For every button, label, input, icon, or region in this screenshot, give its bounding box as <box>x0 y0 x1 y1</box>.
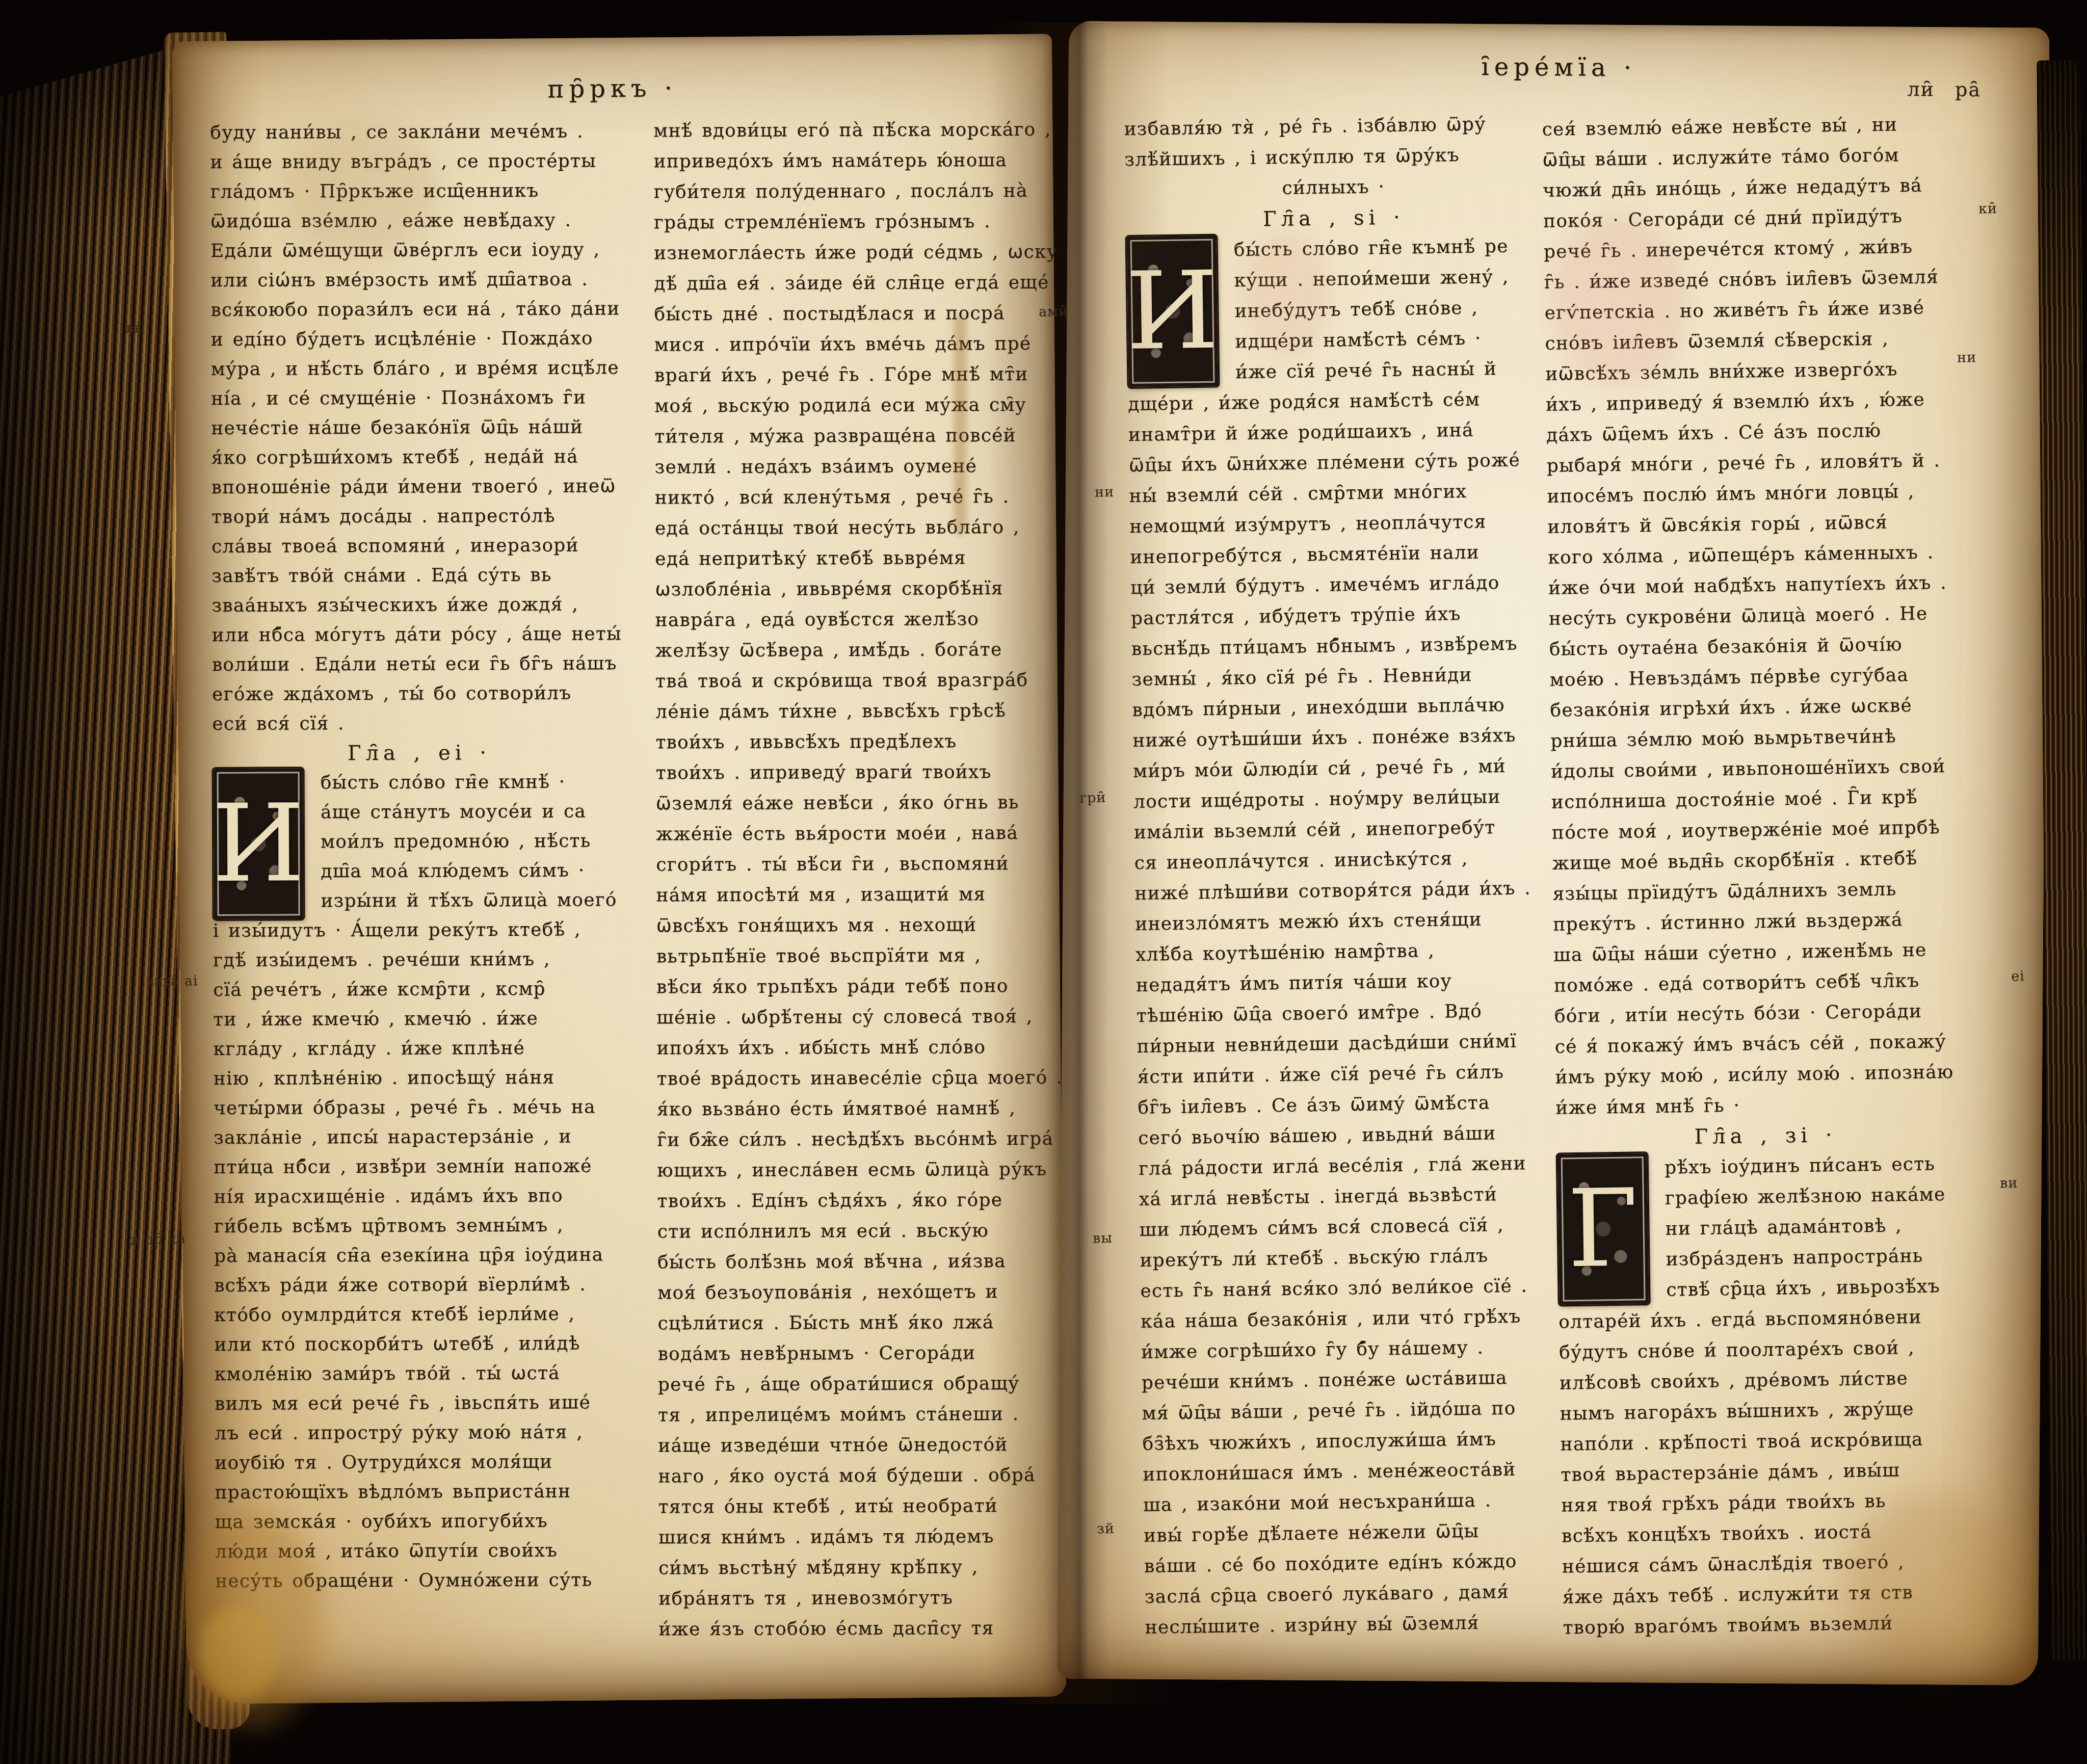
body-line: ти , и́же кмечю́ , кмечю́ . и́же <box>213 1004 627 1035</box>
body-line: мися . ипро́чїи и́хъ вме́чь да́мъ пре́ <box>654 329 1062 361</box>
left-page: пр̑ркъ · буду нани́вы , се закла́ни мече… <box>172 34 1066 1704</box>
body-line: ѿвсѣ́хъ гоня́щихъ мя . нехощи́ <box>656 910 1064 942</box>
running-title-right: і̑ере́мїа · <box>1069 49 2049 85</box>
body-line: олтаре́й и́хъ . егда́ вьспомяно́вени <box>1558 1301 1978 1337</box>
body-line: лю́ди моя́ , ита́ко ѿпуті́и свои́хъ <box>215 1536 629 1567</box>
body-line: губи́теля полу́деннаго , посла́лъ на̀ <box>654 176 1062 208</box>
body-line: инепогребу́тся , вьсмяте́нїи нали <box>1130 537 1547 573</box>
body-line: вѣ́си я́ко трьпѣ́хъ ра́ди тебѣ́ поно <box>656 971 1064 1003</box>
folio-number: ли̑ ра̑ <box>1907 78 1981 101</box>
body-line: ющихъ , инесла́вен есмь ѿлица̀ ру́къ <box>657 1154 1065 1187</box>
body-line: никто́ , вси́ клену́тьмя , рече́ г̑ь . <box>655 482 1063 514</box>
photo-background: пр̑ркъ · буду нани́вы , се закла́ни мече… <box>0 0 2087 1764</box>
body-line: засла́ ср̑ца своего́ лука́ваго , дамя́ <box>1144 1576 1562 1612</box>
body-line: и́же сїя́ рече́ г̑ь насны́ й <box>1235 353 1545 388</box>
body-line: ипоя́хъ и́хъ . ибы́сть мнѣ́ сло́во <box>656 1032 1064 1064</box>
body-line: Еда́ли ѿме́щущи ѿве́рглъ еси іоуду , <box>210 235 624 266</box>
body-line: зваа́ныхъ язы́ческихъ и́же дождя́ , <box>212 590 625 621</box>
body-line: я́ко вьзва́но е́сть и́мятвое́ намнѣ́ , <box>657 1093 1065 1125</box>
body-line: иа́ще изведе́ши чтно́е ѿнедосто́й <box>658 1430 1066 1462</box>
body-line: мя́ ѿц̑ы ва́ши , рече́ г̑ь . ійдо́ша по <box>1142 1392 1559 1429</box>
body-line: закла́ніе , ипсы́ нарастерза́ніе , и <box>214 1122 627 1153</box>
drop-cap-initial: И <box>214 768 304 919</box>
body-line: впоноше́ніе ра́ди и́мени твоего́ , инеѿ <box>212 471 625 503</box>
body-line: графі́ею желѣ́зною нака́ме <box>1665 1179 1976 1214</box>
drop-cap-initial: Г <box>1557 1153 1649 1305</box>
body-line: ниже́ плѣши́ви сотворя́тся ра́ди и́хъ . <box>1134 873 1552 909</box>
body-line: сти испо́лнилъ мя еси́ . вьску́ю <box>657 1216 1065 1248</box>
body-line: си́мъ вьстѣну́ мѣ́дяну крѣ́пку , <box>658 1552 1066 1584</box>
body-line: бы́сть сло́во гн̑е къмнѣ́ ре <box>1233 231 1543 266</box>
body-line: ка́а на́ша безако́нія , или что́ грѣ́хъ <box>1141 1301 1558 1337</box>
body-line: пи́рныи невни́деши дасѣди́ши сни́мї <box>1137 1025 1554 1062</box>
body-line: сего́ вьочі́ю ва́шею , ивьдни́ ва́ши <box>1138 1117 1555 1153</box>
chapter-heading: Гл̑а , еі · <box>212 738 626 769</box>
body-line: рѣ́хъ іоу́динъ пи́санъ есть <box>1665 1148 1976 1183</box>
body-line: злѣ́йшихъ , і иску́плю тя ѿру́къ <box>1124 139 1542 175</box>
body-line: немощми́ изу́мрутъ , неопла́чутся <box>1129 506 1547 542</box>
body-line: я́ко согрѣши́хомъ ктебѣ́ , неда́й на́ <box>211 442 625 473</box>
body-line: его́же жда́хомъ , ты́ бо сотвори́лъ <box>212 678 626 709</box>
body-line: вьтрьпѣ́нїе твое́ вьспрїя́ти мя , <box>656 940 1064 972</box>
body-line: избра́зденъ напростра́нь <box>1666 1240 1977 1275</box>
body-line: мои́лъ предомно́ю , нѣ́сть <box>321 826 626 857</box>
body-line: наго , я́ко оуста́ моя́ бу́деши . обра́ <box>658 1460 1066 1492</box>
body-line: ибра́нятъ тя , иневозмо́гутъ <box>658 1583 1066 1615</box>
body-line: прастою́щїхъ вѣдло́мъ вьприста́нн <box>215 1477 628 1508</box>
body-line: еси́ вся́ сїя́ . <box>212 708 626 739</box>
body-line: на́мя ипосѣти́ мя , изащити́ мя <box>656 879 1064 911</box>
body-line: дѣ́ дш̑а ея́ . за́иде е́й слн̑це егда́ е… <box>654 268 1062 300</box>
body-line: рече́ши кни́мъ . поне́же ѡста́виша <box>1141 1362 1558 1398</box>
body-line: твои́хъ , ивьвсѣ́хъ предѣ́лехъ <box>655 726 1063 758</box>
body-line: ствѣ́ ср̑ца и́хъ , ивьрозѣ́хъ <box>1666 1271 1977 1306</box>
body-line: ѡзлобле́ніа , ивьвре́мя скорбѣ́нїя <box>655 573 1063 605</box>
text-column-left-2: мнѣ́ вдови́цы его́ па̀ пѣ́ска морска́го … <box>653 115 1066 1645</box>
body-line: нію , кплѣне́нію . ипосѣщу́ на́ня <box>214 1063 627 1094</box>
body-line: враги́ и́хъ , рече́ г̑ь . Го́ре мнѣ́ мт̑… <box>654 359 1062 391</box>
body-line: шися кни́мъ . ида́мъ тя лю́демъ <box>658 1521 1066 1554</box>
body-line: желѣ́зу ѿсѣ́вера , имѣ́дь . бога́те <box>655 635 1063 667</box>
body-line: ра̀ манасі́я сн̑а езекі́ина цр̑я іоу́дин… <box>214 1240 628 1271</box>
body-line: ци́ земли́ бу́дутъ . имече́мъ игла́до <box>1130 567 1548 603</box>
initial-letter: И <box>214 768 304 919</box>
body-line: ле́ніе да́мъ ти́хне , вьвсѣ́хъ грѣсѣ́ <box>655 696 1063 728</box>
body-line: кгла́ду , кгла́ду . и́же кплѣне́ <box>213 1033 627 1064</box>
body-line: ниже́ оутѣши́ши и́хъ . поне́же взя́хъ <box>1132 720 1550 756</box>
initial-letter: Г <box>1557 1153 1649 1305</box>
body-line: навра́га , еда́ оувѣ́стся желѣ́зо <box>655 604 1063 636</box>
body-line: вся́коюбо порази́лъ еси на́ , та́ко да́н… <box>210 294 624 325</box>
body-line: моя́ , вьску́ю родила́ еси му́жа см̑у <box>654 390 1062 422</box>
body-line: а́ще ста́нутъ моусе́и и са <box>321 797 626 827</box>
body-line: еда́ непритѣку́ ктебѣ́ вьвре́мя <box>655 543 1063 575</box>
body-line: жже́нїе е́сть вья́рости мое́и , нава́ <box>656 818 1064 850</box>
body-line: дш̑а моа́ клю́демъ си́мъ · <box>321 856 626 886</box>
body-line: дще́ри , и́же родя́ся намѣ́стѣ се́м <box>1128 384 1545 420</box>
body-line: и еді́но бу́детъ исцѣле́ніе · Пожда́хо <box>211 324 625 355</box>
initial-letter: И <box>1126 235 1218 387</box>
body-line: ипосе́мъ послю́ и́мъ мно́ги ловцы́ , <box>1547 476 1966 512</box>
body-line: вода́мъ невѣ́рнымъ · Сегора́ди <box>657 1338 1065 1370</box>
body-line: всѣ́хъ ра́ди я́же сотвори́ вїерли́мѣ . <box>214 1270 628 1301</box>
body-line: гра́ды стремле́нїемъ гро́знымъ . <box>654 206 1062 239</box>
body-line: гла́домъ · Пр̑ркъже исщ̑енникъ <box>210 176 624 207</box>
body-line: ні́а , и се́ смуще́ніе · Позна́хомъ г̑и <box>211 383 625 414</box>
running-title-left: пр̑ркъ · <box>172 71 1052 107</box>
body-line: егѵ́петскіа . но живе́тъ г̑ь и́же изве́ <box>1544 292 1964 328</box>
body-line: вилъ мя еси́ рече́ г̑ь , івьспя́ть ише́ <box>215 1388 628 1419</box>
body-line: я́сти ипи́ти . и́же сїя́ рече́ г̑ь си́лъ <box>1137 1056 1554 1092</box>
right-page: і̑ере́мїа · ли̑ ра̑ избавля́ю тя̀ , ре́ … <box>1058 21 2050 1685</box>
body-line: пти́ца нб̑си , извѣ́ри земні́и напоже́ <box>214 1151 627 1182</box>
body-line: ши лю́демъ си́мъ вся́ словеса́ сїя́ , <box>1139 1209 1556 1245</box>
body-line: избавля́ю тя̀ , ре́ г̑ь . ізба́влю ѿру́ <box>1124 109 1541 145</box>
body-line: твои́хъ . иприведу́ враги́ твои́хъ <box>656 757 1064 789</box>
body-line: вьснѣ́дь пти́цамъ нб̑нымъ , извѣ́ремъ <box>1131 628 1548 665</box>
body-line: моя́ безъоупова́нія , нехо́щетъ и <box>657 1277 1065 1309</box>
body-line: еда́ оста́нцы твои́ несу́ть вьбла́го , <box>655 512 1063 544</box>
body-line: і изы́идутъ · А́щели реку́тъ ктебѣ́ , <box>213 915 627 946</box>
body-line: тятся о́ны ктебѣ́ , иты́ необрати́ <box>658 1491 1066 1523</box>
body-line: нече́стіе на́ше безако́нїя ѿц̑ь на́шй <box>211 412 625 443</box>
body-line: идще́ри намѣ́стѣ се́мъ · <box>1235 323 1544 357</box>
body-line: несу́ть сукрове́ни ѿлица̀ моего́ . Не <box>1549 598 1968 634</box>
body-line: ѿземля́ еа́же невѣ́си , я́ко о́гнь вь <box>656 787 1064 820</box>
body-line: бы́сть болѣ́знь моя́ вѣ́чна , ия́зва <box>657 1246 1065 1278</box>
body-line: есть г̑ь наня́ вся́ко зло́ вели́кое сїе́… <box>1140 1270 1557 1306</box>
body-line: г̑и бж̑е си́лъ . несѣдѣ́хъ вьсо́нмѣ игра… <box>657 1124 1065 1156</box>
body-line: ипоклони́шася и́мъ . мене́жеоста́вй <box>1143 1454 1560 1490</box>
body-line: напо́ли . крѣ́пості твоа́ искро́вища <box>1560 1424 1979 1460</box>
body-line: ні́я ирасхище́ніе . ида́мъ и́хъ впо <box>214 1181 627 1212</box>
body-line: изры́ни й тѣ́хъ ѿлица̀ моего́ <box>321 885 626 916</box>
body-line: ше́ніе . ѡбрѣ́тены су́ словеса́ твоя́ , <box>656 1002 1064 1034</box>
body-line: воли́ши . Еда́ли неты́ еси г̑ь бг̑ъ на́ш… <box>212 649 626 680</box>
body-line: или нб̑са мо́гутъ да́ти ро́су , а́ще нет… <box>212 619 626 650</box>
body-line: сїа́ рече́тъ , и́же ксмр̑ти , ксмр̑ <box>213 974 627 1005</box>
body-line: гдѣ́ изы́идемъ . рече́ши кни́мъ , <box>213 944 627 976</box>
body-line: му́ра , и нѣ́сть бла́го , и вре́мя исцѣ́… <box>211 353 625 384</box>
body-line: недадя́тъ и́мъ питі́я ча́ши коу <box>1136 964 1553 1001</box>
body-line: ѿидо́ша взе́млю , еа́же невѣ́даху . <box>210 205 624 236</box>
body-line: ща земска́я · оуби́хъ ипогуби́хъ <box>215 1506 629 1537</box>
body-line: ѿц̑ы и́хъ ѿни́хже пле́мени су́ть роже́ <box>1128 445 1546 481</box>
body-line: ни гла́цѣ адама́нтовѣ , <box>1665 1209 1976 1245</box>
body-line: мнѣ́ вдови́цы его́ па̀ пѣ́ска морска́го … <box>653 115 1061 147</box>
body-line: и́же я́зъ стобо́ю е́смь дасп̑су тя <box>658 1613 1066 1645</box>
body-line: ти́теля , му́жа развраще́на повсе́й <box>654 420 1062 453</box>
body-line: ва́ши . се́ бо похо́дите еді́нъ ко́ждо <box>1144 1545 1561 1582</box>
body-line: жище мое́ вьдн̑ь скорбѣ́нїя . ктебѣ́ <box>1552 842 1971 879</box>
body-line: безако́нія игрѣхи́ и́хъ . и́же ѡскве́ <box>1550 690 1969 726</box>
text-column-right-2: сея́ вземлю́ еа́же невѣ́сте вы́ , ниѿц̑ы… <box>1542 109 1982 1643</box>
body-line: буду нани́вы , се закла́ни мече́мъ . <box>210 117 624 148</box>
body-line: ны́ вземли́ се́й . смр̑тми мно́гих <box>1129 476 1546 512</box>
fore-edge-page-stack <box>2037 60 2087 1661</box>
body-line: земли́ . неда́хъ вза́имъ оумене́ <box>654 451 1062 483</box>
body-line: четы́рми о́бразы , рече́ г̑ь . ме́чь на <box>214 1092 627 1123</box>
body-line: сцѣли́тися . Бы́сть мнѣ́ я́ко лжа́ <box>657 1307 1065 1339</box>
body-line: лости ище́дроты . ноу́мру вели́цыи <box>1133 781 1551 818</box>
body-line: или сіѡ́нъ вме́рзость имѣ́ дш̑атвоа . <box>210 265 624 296</box>
body-line: кто́бо оумлрди́тся ктебѣ́ іерли́ме , <box>214 1299 628 1330</box>
body-line: тя , ипрелице́мъ мои́мъ ста́неши . <box>658 1399 1066 1431</box>
body-line: ивы́ горѣ́е дѣ́лаете не́жели ѿц̑ы <box>1144 1515 1561 1551</box>
body-line: твори́ на́мъ доса́ды . напресто́лѣ <box>212 501 625 532</box>
body-line: сгори́тъ . ты́ вѣ́си г̑и , вьспомяни́ <box>656 849 1064 881</box>
body-line: неслы́шите . изри́ну вы́ ѿземля́ <box>1145 1607 1562 1643</box>
body-line: твои́хъ . Еді́нъ сѣдя́хъ , я́ко го́ре <box>657 1185 1065 1217</box>
body-line: завѣ́тъ тво́й сна́ми . Еда́ су́ть вь <box>212 560 625 591</box>
body-line: и а́ще вниду въгра́дъ , се просте́рты <box>210 146 624 177</box>
body-line: ги́бель всѣ́мъ цр̑твомъ земны́мъ , <box>214 1210 628 1242</box>
body-line: иоубію́ тя . Оутруди́хся моля́щи <box>215 1447 628 1478</box>
drop-cap-initial: И <box>1126 235 1218 387</box>
body-line: иприведо́хъ и́мъ нама́терь ю́ноша <box>653 145 1061 177</box>
body-line: има́ліи вьземли́ се́й , инепогребу́т <box>1133 812 1551 848</box>
body-line: бы́сть дне́ . постыдѣ́лася и посра́ <box>654 298 1062 330</box>
body-line: и́мъ ру́ку мою́ , иси́лу мою́ . ипозна́ю <box>1555 1057 1974 1093</box>
body-line: лъ еси́ . ипростру́ ру́ку мою́ на́тя , <box>215 1417 628 1449</box>
body-line: инебу́дутъ тебѣ́ сно́ве , <box>1234 292 1544 327</box>
body-line: творю́ враго́мъ твои́мъ вьземли́ <box>1563 1607 1982 1643</box>
text-column-right-1: избавля́ю тя̀ , ре́ г̑ь . ізба́влю ѿру́з… <box>1124 109 1562 1643</box>
body-line: твое́ вра́дость инавесе́ліе ср̑ца моего́… <box>657 1063 1065 1095</box>
body-line: ку́щи . непои́меши жену́ , <box>1234 261 1543 296</box>
body-line: несу́ть обраще́ни · Оумно́жени су́ть <box>215 1565 629 1596</box>
body-line: кмоле́нію зами́ръ тво́й . ты́ ѡста́ <box>215 1358 628 1389</box>
body-line: сла́вы твоеа́ вспомяни́ , инеразори́ <box>212 531 625 562</box>
body-line: или кто́ поскорби́тъ ѡтебѣ́ , или́дѣ <box>214 1329 628 1360</box>
body-line: бы́сть сло́во гн̑е кмнѣ́ · <box>321 767 626 798</box>
body-line: рече́ г̑ь , а́ще обрати́шися обращу́ <box>658 1368 1066 1401</box>
body-line: изнемогла́есть и́же роди́ се́дмь , ѡску <box>654 237 1062 269</box>
body-line: тва́ твоа́ и скро́вища твоя́ вразгра́б <box>655 665 1063 697</box>
text-column-left-1: буду нани́вы , се закла́ни мече́мъ .и а́… <box>210 117 629 1596</box>
body-line: и́хъ , иприведу́ я́ вземлю́ и́хъ , ю́же <box>1546 384 1965 420</box>
